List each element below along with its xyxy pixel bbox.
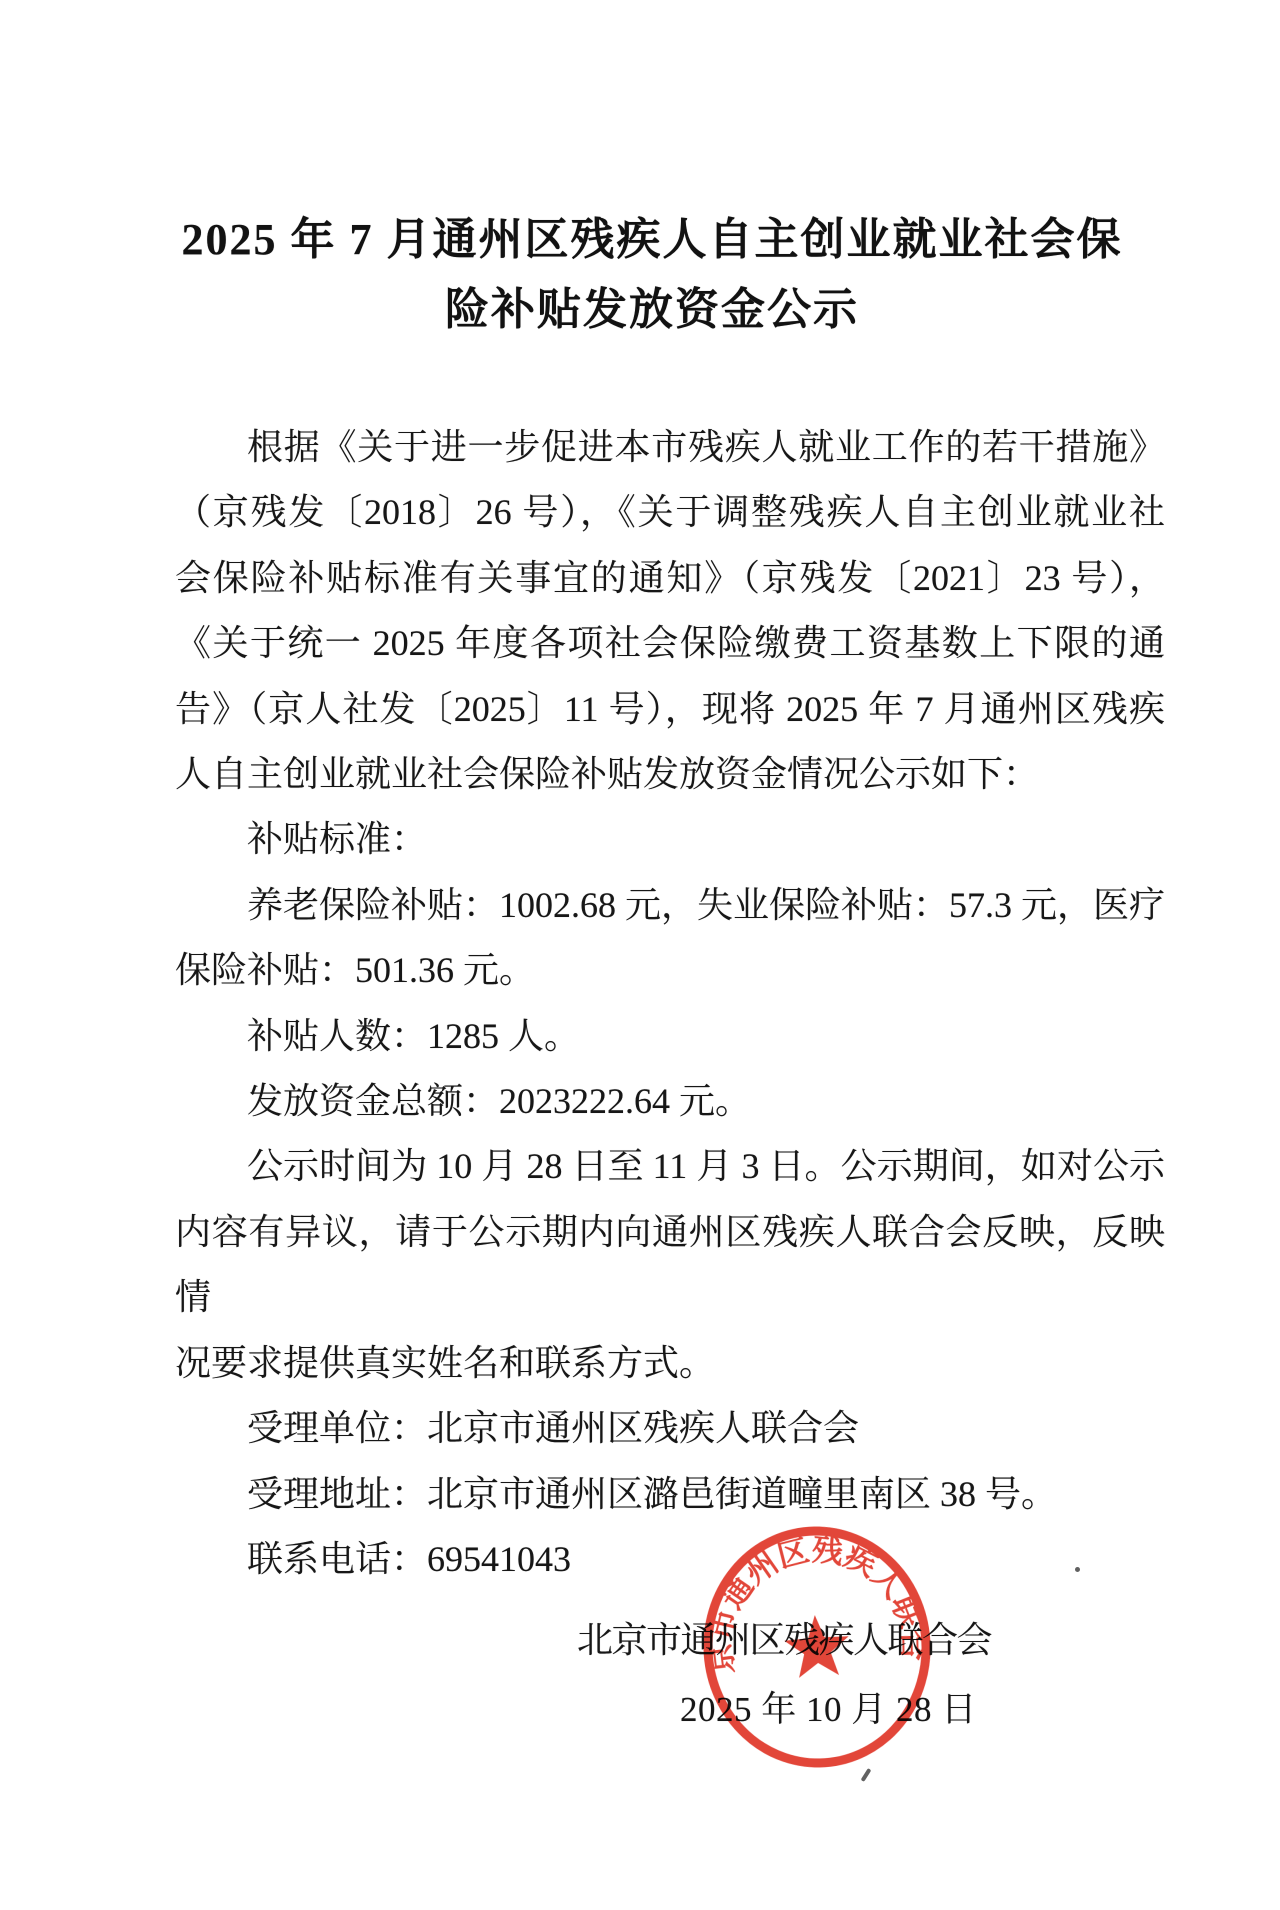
page-title-line2: 险补贴发放资金公示 [12, 275, 1280, 345]
body-line: 人自主创业就业社会保险补贴发放资金情况公示如下： [175, 742, 1165, 807]
body-line-subsidy-amounts: 养老保险补贴：1002.68 元，失业保险补贴：57.3 元，医疗 [175, 873, 1165, 938]
body-line: 会保险补贴标准有关事宜的通知》（京残发〔2021〕23 号）， [175, 546, 1165, 611]
body-line: 内容有异议，请于公示期内向通州区残疾人联合会反映，反映情 [175, 1200, 1165, 1331]
body-line-accepting-unit: 受理单位：北京市通州区残疾人联合会 [175, 1396, 1165, 1461]
body-line-subsidy-standard: 补贴标准： [175, 807, 1165, 872]
body-line-accepting-address: 受理地址：北京市通州区潞邑街道疃里南区 38 号。 [175, 1462, 1165, 1527]
body-line: 《关于统一 2025 年度各项社会保险缴费工资基数上下限的通 [175, 611, 1165, 676]
body-line-people-count: 补贴人数：1285 人。 [175, 1004, 1165, 1069]
body-line: （京残发〔2018〕26 号），《关于调整残疾人自主创业就业社 [175, 480, 1165, 545]
body-line: 根据《关于进一步促进本市残疾人就业工作的若干措施》 [175, 415, 1165, 480]
official-seal: 北京市通州区残疾人联合会 [690, 1513, 945, 1781]
body-line-total-amount: 发放资金总额：2023222.64 元。 [175, 1069, 1165, 1134]
body-line: 告》（京人社发〔2025〕11 号），现将 2025 年 7 月通州区残疾 [175, 677, 1165, 742]
scan-speck [1075, 1567, 1080, 1572]
body-line-publicity-period: 公示时间为 10 月 28 日至 11 月 3 日。公示期间，如对公示 [175, 1134, 1165, 1199]
body-line-contact-phone: 联系电话：69541043 [175, 1527, 1165, 1592]
notice-body: 根据《关于进一步促进本市残疾人就业工作的若干措施》 （京残发〔2018〕26 号… [175, 415, 1165, 1592]
seal-star-icon [783, 1613, 852, 1679]
official-seal-graphic: 北京市通州区残疾人联合会 [690, 1513, 945, 1781]
body-line-medical-subsidy: 保险补贴：501.36 元。 [175, 938, 1165, 1003]
notice-page: 2025 年 7 月通州区残疾人自主创业就业社会保 险补贴发放资金公示 根据《关… [0, 0, 1280, 1910]
body-line: 况要求提供真实姓名和联系方式。 [175, 1331, 1165, 1396]
page-title-line1: 2025 年 7 月通州区残疾人自主创业就业社会保 [12, 205, 1280, 275]
page-title: 2025 年 7 月通州区残疾人自主创业就业社会保 险补贴发放资金公示 [12, 205, 1280, 345]
